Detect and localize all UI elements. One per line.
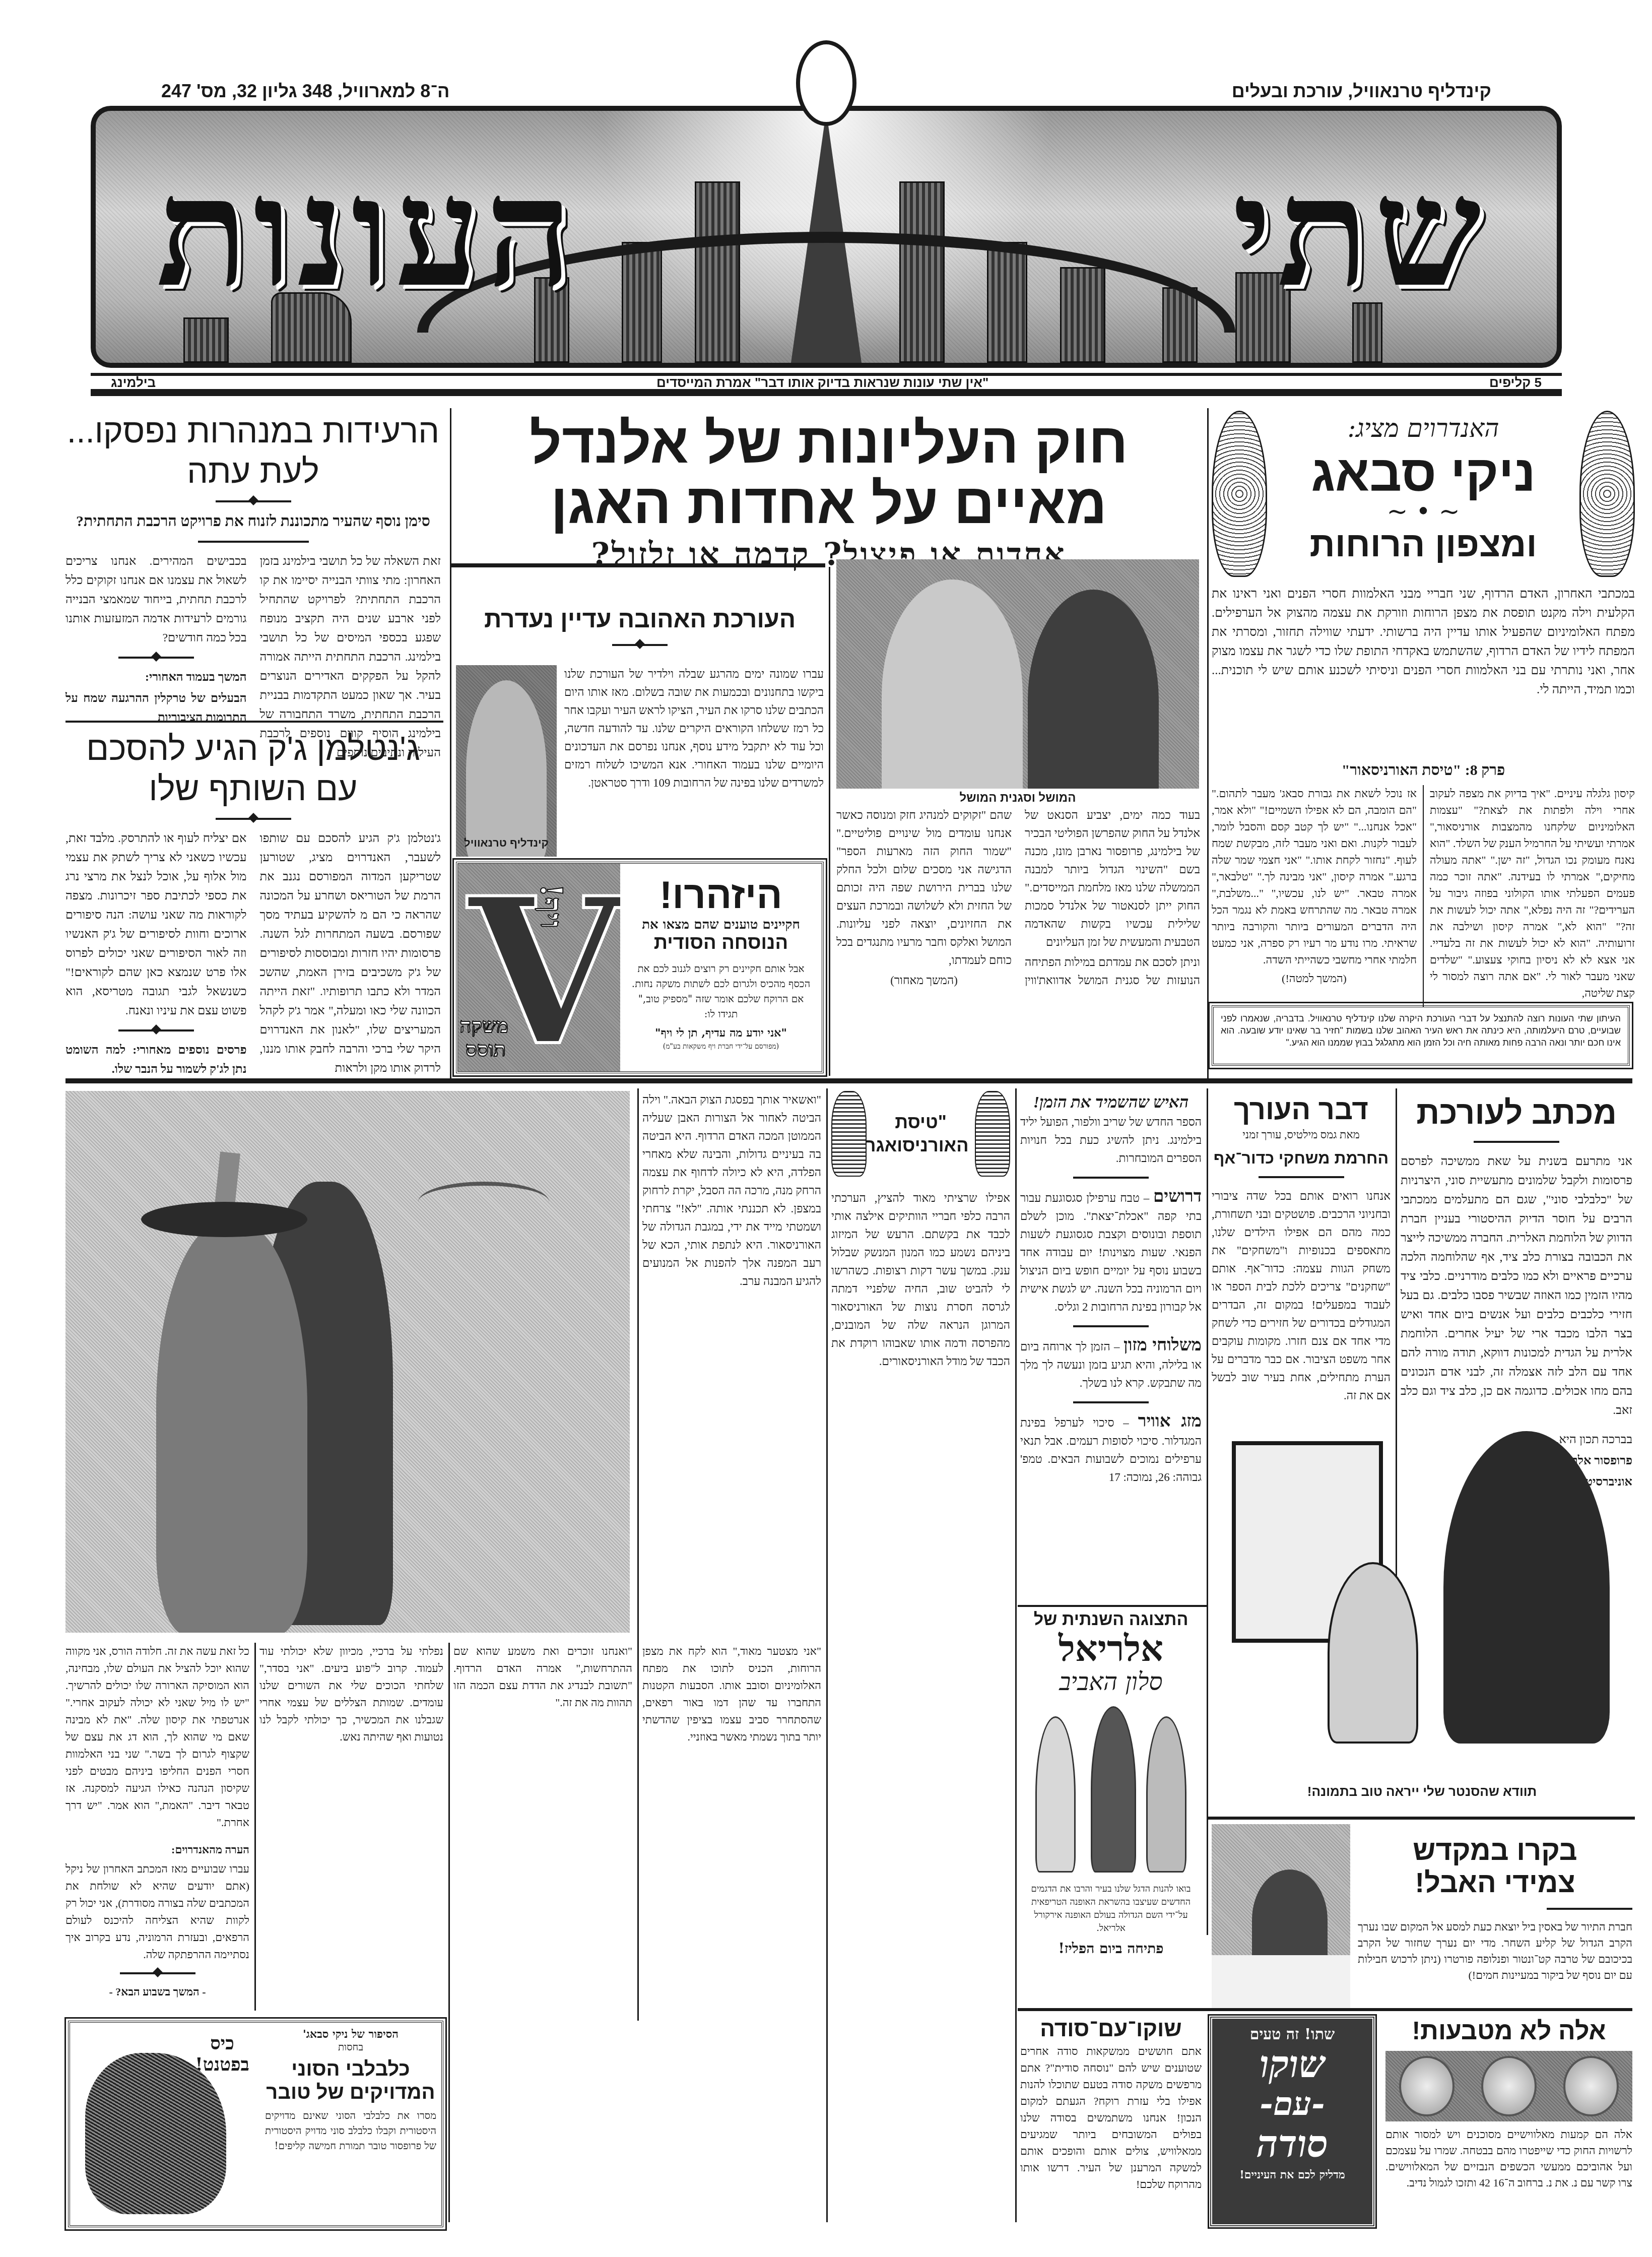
viff-tagline: משקה תוסס (463, 1014, 508, 1061)
section-rule (450, 563, 825, 567)
pig-mayor-cartoon (1212, 1411, 1632, 1774)
warning-body: אבל אותם חקיינים רק רוצים לגנוב לכם את ה… (630, 961, 812, 1021)
divider (1474, 1141, 1559, 1143)
divider (1073, 1325, 1149, 1327)
continued-next-week: - המשך בשבוע הבא? - (65, 1983, 249, 2001)
story-continuation: "ואשאיר אותך בפסגת הצוק הבאה." וילה הביט… (642, 1091, 821, 1635)
fold-rule (65, 1078, 1632, 1083)
editor-line: קינדליף טרנאוויל, עורכת ובעלים (1232, 81, 1491, 102)
tagline-bar: 5 קליפים "אין שתי עונות שנראות בדיוק אות… (91, 373, 1562, 396)
nicky-intro: במכתבי האחרון, האדם הרדוף, שני חבריי מבנ… (1212, 585, 1635, 699)
editor-missing-body: עברו שמונה ימים מהרגע שבלה וילדיר של העו… (564, 665, 824, 792)
amulets-photo (1385, 2051, 1632, 2121)
soda-article-body: אתם חוששים ממשקאות סודה אחרים שטוענים שי… (1020, 2043, 1202, 2192)
salon-ad: התצוגה השנתית של אלריאל סלון האביב בואו … (1020, 1610, 1202, 1957)
governor-photo (836, 559, 1199, 789)
puppy-ad-text: הסיפור של ניקי סבאג' בחסות כלבלבי הסוני … (260, 2023, 441, 2225)
skull-serpent-ornament-icon (1212, 411, 1267, 577)
letter-headline: מכתב לעורכת (1401, 1093, 1632, 1132)
coins-ad: אלה לא מטבעות! אלה הם קמעות מאלווישיים מ… (1385, 2016, 1632, 2191)
continued-label: המשך בעמוד האחורי: (65, 668, 247, 687)
bird-skeleton-icon (831, 1091, 867, 1177)
column-rule (1015, 1088, 1017, 2222)
gentleman-jack-body-1: ג'נטלמן ג'ק הגיע להסכם עם שותפו לשעבר, ה… (260, 829, 441, 1078)
food-delivery-ad: משלוחי מזון – הזמן לך ארוחה ביום או בליל… (1020, 1336, 1202, 1392)
temple-body: חברת התיור של באסין ביל יוצאת כעת למסע א… (1358, 1919, 1632, 1983)
bottom-story-col-a: כל זאת עשה את זה. חלודה הורס, אני מקווה … (65, 1643, 249, 2003)
editor-word-byline: מאת גמס מילטיס, עורך זמני (1212, 1126, 1391, 1144)
pouch-callout: כיס בפטנט! (194, 2033, 250, 2075)
lead-story-body: בעוד כמה ימים, יצביע הסנאט של אלנדל על ה… (836, 806, 1200, 991)
temple-headline-1: בקרו במקדש (1358, 1834, 1632, 1866)
editor-missing-headline: העורכת האהובה עדיין נעדרת (456, 605, 824, 635)
editor-word-subhead: החרמת משחקי כדור־אף (1212, 1149, 1391, 1167)
warning-footer: (מפורסם על־ידי חברת ויף משקאות בע"מ) (630, 1043, 812, 1051)
tisat-body: אפילו שרציתי מאוד להציץ, הערכתי הרבה כלפ… (831, 1189, 1010, 2006)
food-label: משלוחי מזון (1124, 1336, 1202, 1355)
skull-serpent-ornament-icon (1579, 411, 1635, 577)
section-rule (1207, 1817, 1635, 1820)
section-rule (1018, 2008, 1632, 2011)
weather-report: מזג אוויר – סיכוי לערפל בפינת המגדלור. ס… (1020, 1412, 1202, 1487)
coins-headline: אלה לא מטבעות! (1385, 2016, 1632, 2046)
subway-article: הרעידות במנהרות נפסקו... לעת עתה סימן נו… (65, 411, 441, 762)
salon-opening: פתיחה ביום הפליז! (1020, 1940, 1202, 1957)
ornament-divider (216, 818, 291, 820)
divider (1547, 1908, 1632, 1910)
column-rule (826, 1088, 828, 2222)
wanted-label: דרושים (1153, 1187, 1202, 1206)
ornament-divider (118, 1029, 194, 1031)
soda-brand-1: שוקו (1219, 2043, 1365, 2086)
amulet-icon (1399, 2056, 1455, 2116)
viff-drink-logo: V ויף! משקה תוסס (458, 864, 620, 1071)
wanted-ad: דרושים – טבח ערפילן סגסוגעת עבור בתי קפה… (1020, 1188, 1202, 1316)
viff-brand-name: ויף! (534, 884, 569, 929)
book-body: הספר החדש של שריב וולפור, הפועל יליד ביל… (1020, 1113, 1202, 1168)
column-rule (829, 567, 830, 1076)
temple-ad: בקרו במקדש צמידי האבל! חברת התיור של באס… (1358, 1834, 1632, 1983)
soda-article-headline: שוקו־עם־סודה (1020, 2016, 1202, 2043)
motto: "אין שתי עונות שנראות בדיוק אותו דבר" אמ… (656, 375, 988, 391)
warning-headline: היזהרו! (630, 874, 812, 917)
puppy-body: מסרו את כלבלבי הסוני שאינם מדויקים היסטו… (265, 2108, 436, 2153)
pig-caption: תוודא שהסנטר שלי ייראה טוב בתמונה! (1212, 1784, 1632, 1799)
nicky-name: ניקי סבאג (1212, 446, 1635, 501)
governor-photo-caption: המושל וסגנית המושל (836, 791, 1199, 805)
temple-photo (1212, 1824, 1350, 2011)
soda-brand-3: סודה (1219, 2123, 1365, 2165)
editor-word-headline: דבר העורך (1212, 1093, 1391, 1126)
book-headline: האיש שהשמיד את הזמן! (1020, 1091, 1202, 1113)
masthead-title-left: העונות (156, 156, 577, 307)
divider (1073, 1401, 1149, 1403)
nicky-subtitle: ומצפון הרוחות (1212, 522, 1635, 567)
warning-ad-text: היזהרו! חקיינים טוענים שהם מצאו את הנוסח… (620, 864, 822, 1071)
column-rule (450, 408, 451, 1078)
editor-portrait-caption: קינדליף טרנאוויל (456, 836, 557, 850)
soda-article: שוקו־עם־סודה אתם חוששים ממשקאות סודה אחר… (1020, 2016, 1202, 2195)
salon-sub: סלון האביב (1020, 1668, 1202, 1696)
puppy-ad: הסיפור של ניקי סבאג' בחסות כלבלבי הסוני … (68, 2021, 443, 2227)
salon-body: בואו להנות הדגל שלנו בעיר והרבו את הדגמי… (1020, 1883, 1202, 1935)
masthead: קינדליף טרנאוויל, עורכת ובעלים ה־8 למארו… (60, 50, 1592, 398)
column-rule (637, 1088, 639, 2021)
warning-line1: חקיינים טוענים שהם מצאו את (630, 917, 812, 932)
continued-note: (המשך למטה!) (1212, 970, 1417, 987)
nicky-sabag-header: האנדרוים מציג: ניקי סבאג ~ • ~ ומצפון הר… (1212, 411, 1635, 567)
warning-quote: "אני יודע מה עדיף, תן לי ויף" (630, 1026, 812, 1040)
amulet-icon (1481, 2056, 1537, 2116)
chocolate-soda-ad: שתו! זה טעים שוקו -עם- סודה מדליק לכם את… (1209, 2016, 1375, 2227)
warning-line2: הנוסחה הסודית (630, 932, 812, 954)
amulet-icon (1563, 2056, 1619, 2116)
lead-headline-2: מאיים על אחדות האגן (456, 474, 1202, 534)
lead-headline-1: חוק העליונות של אלנדל (456, 413, 1202, 474)
gentleman-jack-headline: ג'נטלמן ג'ק הגיע להסכם עם השותף שלו (65, 728, 441, 809)
subway-subhead: סימן נוסף שהעיר מתכוננת לזנוח את פרויקט … (65, 511, 441, 532)
section-rule (1018, 1605, 1207, 1607)
fashion-models-illustration (1020, 1701, 1202, 1878)
ornament-divider (118, 657, 194, 659)
subway-headline: הרעידות במנהרות נפסקו... לעת עתה (65, 411, 441, 491)
flourish-divider: ~ • ~ (1212, 501, 1635, 522)
editor-word-body: אנחנו רואים אותם בכל שדה ציבורי ובחניוני… (1212, 1187, 1391, 1405)
chapter-body-1: קיסון גלגלה עיניים. "איך בדיוק את מצפה ל… (1430, 785, 1635, 1001)
divider (1259, 1176, 1344, 1178)
gentleman-jack-footnote: פרסים נוספים מאחורי: למה השומט נתן לג'ק … (65, 1041, 247, 1079)
temple-headline-2: צמידי האבל! (1358, 1866, 1632, 1899)
boar-mayor-figure (1443, 1431, 1610, 1744)
divider (198, 541, 309, 543)
masthead-title-right: שתי (1232, 156, 1486, 307)
column-rule (1207, 1088, 1208, 1935)
apology-box: העיתון שתי העונות רוצה להתנצל על דברי הע… (1212, 1005, 1630, 1066)
tisat-header: "טיסת האורניסואגר" (831, 1091, 1010, 1177)
salon-pre: התצוגה השנתית של (1020, 1610, 1202, 1630)
presenter-label: האנדרוים מציג: (1212, 411, 1635, 446)
soda-ad-top: שתו! זה טעים (1219, 2026, 1365, 2043)
bird-skeleton-icon (975, 1091, 1010, 1177)
warning-ad: היזהרו! חקיינים טוענים שהם מצאו את הנוסח… (456, 862, 824, 1073)
tisat-title: "טיסת האורניסואגר" (873, 1111, 969, 1157)
weather-label: מזג אוויר (1138, 1412, 1202, 1431)
salon-name: אלריאל (1020, 1630, 1202, 1668)
bottom-story-col-c: "ואנחנו זוכרים ואת משמע שהוא שם ההתרחשות… (453, 1643, 632, 2222)
puppy-headline: כלבלבי הסוני המדויקים של טובר (265, 2057, 436, 2104)
column-rule (448, 1643, 450, 2222)
chapter-body-2: אז נוכל לשאת את גבורת סבאג' מעבר לתהום."… (1212, 785, 1417, 968)
classifieds: האיש שהשמיד את הזמן! הספר החדש של שריב ו… (1020, 1091, 1202, 1489)
editor-word: דבר העורך מאת גמס מילטיס, עורך זמני החרמ… (1212, 1093, 1391, 1407)
ornament-divider (216, 500, 291, 502)
price: 5 קליפים (1489, 375, 1542, 391)
painter-figure (1328, 1562, 1418, 1744)
ornament-divider (120, 1972, 195, 1974)
gentleman-jack-article: ג'נטלמן ג'ק הגיע להסכם עם השותף שלו ג'נט… (65, 728, 441, 1080)
plush-puppy-icon (85, 2053, 226, 2214)
crest-emblem-icon (796, 40, 856, 126)
note-label: הערה מהאנדרוים: (65, 1841, 249, 1858)
soda-brand-2: -עם- (1219, 2086, 1365, 2123)
lead-headline-block: חוק העליונות של אלנדל מאיים על אחדות האג… (456, 413, 1202, 574)
puppy-sponsor-by: בחסות (265, 2041, 436, 2053)
romance-illustration (65, 1091, 630, 1633)
masthead-illustration: שתי העונות (91, 106, 1562, 368)
nicky-chapter: פרק 8: "טיסת האורניסאור" קיסון גלגלה עינ… (1212, 761, 1635, 1007)
section-rule (65, 721, 443, 723)
column-rule (254, 1643, 256, 2011)
city-name: בילמינג (111, 375, 156, 391)
coins-body: אלה הם קמעות מאלווישיים מסוכנים ויש למסו… (1385, 2126, 1632, 2191)
dateline: ה־8 למארוויל, 348 גליון 32, מס' 247 (161, 81, 449, 102)
puppy-illustration: כיס בפטנט! (70, 2023, 260, 2225)
puppy-sponsor: הסיפור של ניקי סבאג' (265, 2028, 436, 2041)
note-body: עברו שבועיים מאז המכתב האחרון של ניקל (א… (65, 1860, 249, 1963)
bottom-story-col-b: נפלתי על ברכיי, מכיוון שלא יכולתי עוד לע… (259, 1643, 443, 2011)
pterodactyl-icon (418, 1182, 549, 1222)
bottom-story-col-d: "אני מצטער מאוד," הוא לקח את מצפן הרוחות… (642, 1643, 821, 2222)
column-rule (1207, 408, 1209, 1078)
continued-note: (המשך מאחור) (836, 972, 1012, 990)
letter-body: אני מתרעם בשנית על שאת ממשיכה לפרסם פרסו… (1401, 1152, 1632, 1420)
ornament-divider (612, 644, 668, 646)
editor-portrait-photo (456, 665, 557, 857)
lead-body-1: בעוד כמה ימים, יצביע הסנאט של אלנדל על ה… (1025, 806, 1200, 951)
soda-ad-bottom: מדליק לכם את העיניים! (1219, 2168, 1365, 2181)
subway-body-2: בכבישים המהירים. אנחנו צריכים לשאול את ע… (65, 552, 247, 648)
chapter-title: פרק 8: "טיסת האורניסאור" (1212, 761, 1635, 780)
editor-missing-article: העורכת האהובה עדיין נעדרת (456, 605, 824, 655)
gentleman-jack-body-2: אם יצליח לעוף או להתרסק. מלבד זאת, עכשיו… (65, 829, 247, 1020)
divider (1073, 1177, 1149, 1179)
